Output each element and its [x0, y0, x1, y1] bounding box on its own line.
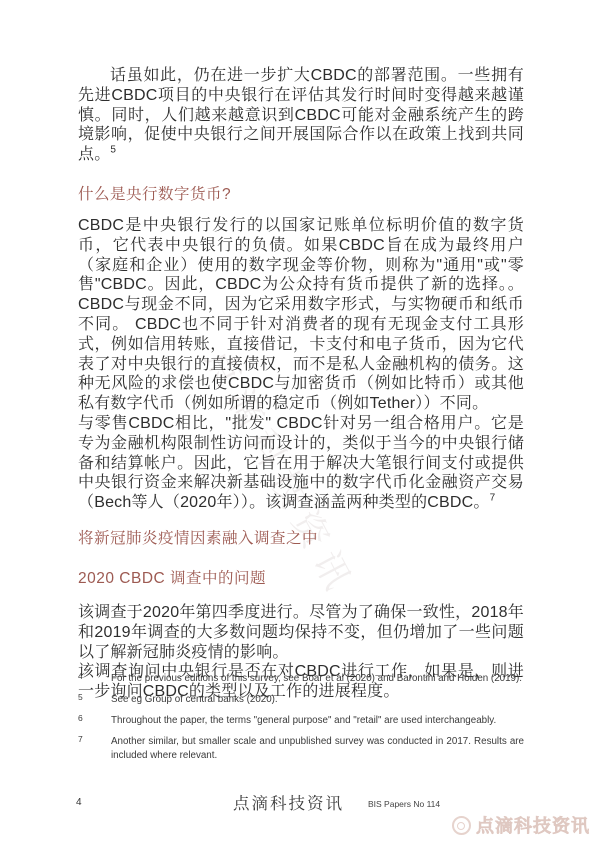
paragraph-text: 与零售CBDC相比，"批发" CBDC针对另一组合格用户。它是专为金融机构限制性… [78, 415, 524, 511]
footer-journal-label: BIS Papers No 114 [368, 799, 440, 809]
footnote-number: 7 [78, 733, 111, 760]
footnote-number: 4 [78, 670, 111, 684]
paragraph-cbdc-definition: CBDC是中央银行发行的以国家记账单位标明价值的数字货币，它代表中央银行的负债。… [78, 216, 524, 414]
footnote-number: 6 [78, 712, 111, 726]
footnote-item-7: 7 Another similar, but smaller scale and… [78, 735, 524, 762]
paragraph-survey-timing: 该调查于2020年第四季度进行。尽管为了确保一致性，2018年和2019年调查的… [78, 603, 524, 662]
page-number: 4 [76, 797, 82, 808]
footnotes-section: 4 For the previous editions of this surv… [78, 672, 524, 770]
footnote-item-5: 5 See eg Group of central banks (2020). [78, 693, 524, 707]
footnote-number: 5 [78, 691, 111, 705]
document-body: 话虽如此，仍在进一步扩大CBDC的部署范围。一些拥有先进CBDC项目的中央银行在… [78, 66, 524, 702]
footnote-ref-7: 7 [490, 493, 496, 504]
section-heading-what-is-cbdc: 什么是央行数字货币? [78, 182, 524, 204]
paragraph-deployment-scope: 话虽如此，仍在进一步扩大CBDC的部署范围。一些拥有先进CBDC项目的中央银行在… [78, 66, 524, 165]
section-heading-covid-factors: 将新冠肺炎疫情因素融入调查之中 [78, 526, 524, 548]
footnote-item-6: 6 Throughout the paper, the terms "gener… [78, 714, 524, 728]
footer-site-name: 点滴科技资讯 [233, 790, 344, 814]
section-heading-2020-survey-questions: 2020 CBDC 调查中的问题 [78, 566, 524, 588]
document-page: 点滴科技资讯 话虽如此，仍在进一步扩大CBDC的部署范围。一些拥有先进CBDC项… [0, 0, 600, 849]
droplet-logo-icon [452, 816, 471, 835]
footnote-text: Another similar, but smaller scale and u… [111, 735, 524, 762]
footnote-text: For the previous editions of this survey… [111, 672, 524, 686]
footnote-text: See eg Group of central banks (2020). [111, 693, 524, 707]
corner-watermark: 点滴科技资讯 [452, 812, 590, 838]
paragraph-text: 话虽如此，仍在进一步扩大CBDC的部署范围。一些拥有先进CBDC项目的中央银行在… [78, 67, 524, 163]
corner-watermark-text: 点滴科技资讯 [476, 812, 590, 838]
footnote-text: Throughout the paper, the terms "general… [111, 714, 524, 728]
footnote-ref-5: 5 [110, 145, 116, 156]
paragraph-wholesale-cbdc: 与零售CBDC相比，"批发" CBDC针对另一组合格用户。它是专为金融机构限制性… [78, 414, 524, 513]
footnote-item-4: 4 For the previous editions of this surv… [78, 672, 524, 686]
